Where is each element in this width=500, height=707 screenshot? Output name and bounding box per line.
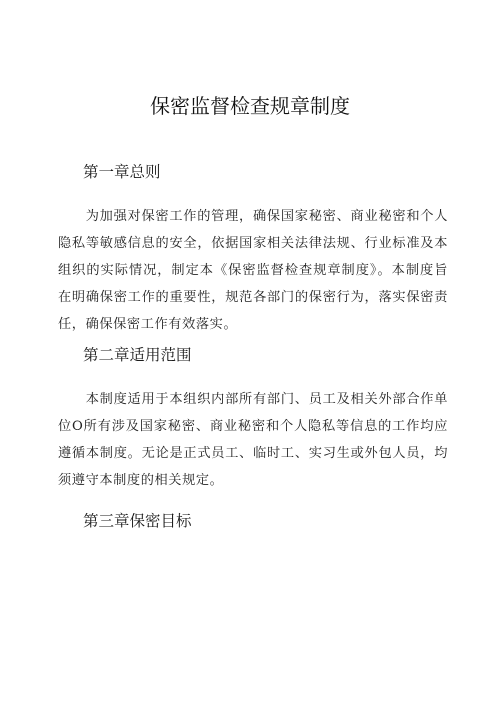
document-page: 保密监督检查规章制度 第一章总则 为加强对保密工作的管理，确保国家秘密、商业秘密… (0, 0, 500, 707)
document-title: 保密监督检查规章制度 (0, 93, 500, 119)
chapter-1-paragraph: 为加强对保密工作的管理，确保国家秘密、商业秘密和个人隐私等敏感信息的安全，依据国… (58, 203, 448, 338)
chapter-2-heading: 第二章适用范围 (83, 345, 192, 365)
chapter-1-heading: 第一章总则 (83, 162, 161, 182)
chapter-3-heading: 第三章保密目标 (83, 511, 192, 531)
chapter-2-paragraph: 本制度适用于本组织内部所有部门、员工及相关外部合作单位O所有涉及国家秘密、商业秘… (58, 386, 448, 494)
